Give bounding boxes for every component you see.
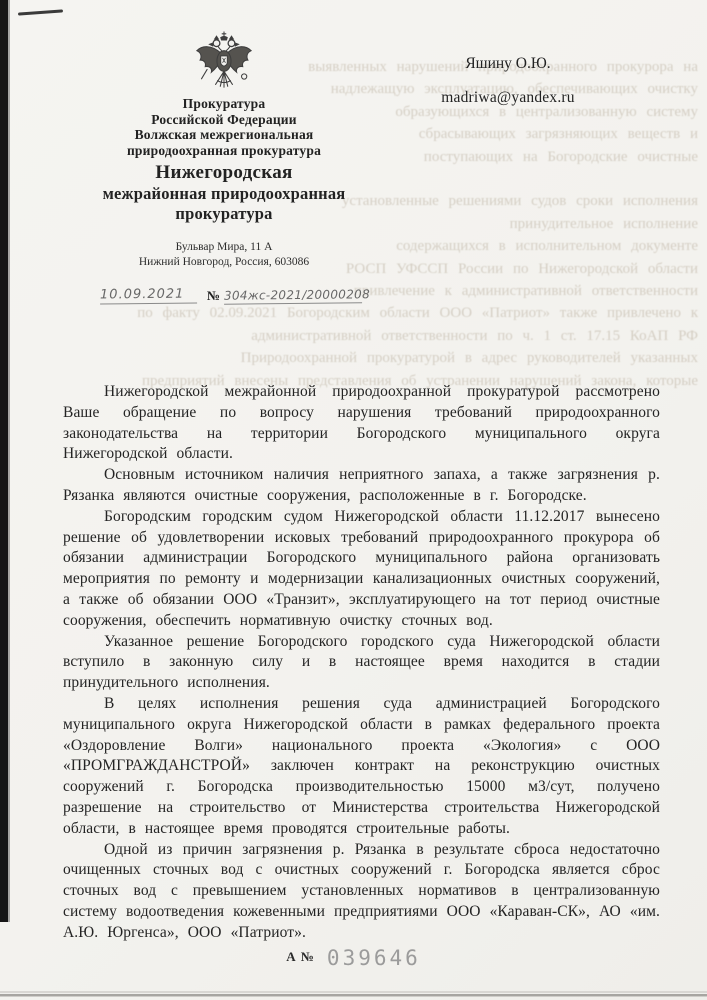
coat-of-arms-eagle-icon — [194, 30, 254, 92]
number-sign: № — [207, 288, 220, 304]
letterhead-org-name-line1: Нижегородская — [63, 161, 385, 184]
letterhead-org-line: Российской Федерации — [63, 112, 385, 128]
letterhead-address-line: Бульвар Мира, 11 А — [63, 240, 385, 255]
letterhead-org-line: Волжская межрегиональная — [63, 127, 385, 143]
letterhead-org-line: Прокуратура — [63, 96, 385, 112]
letterhead-address: Бульвар Мира, 11 АНижний Новгород, Росси… — [63, 240, 385, 270]
addressee-name: Яшину О.Ю. — [408, 54, 608, 73]
bleed-through-line: по факту 02.09.2021 Богородским области … — [86, 302, 698, 324]
letter-body: Нижегородской межрайонной природоохранно… — [63, 382, 660, 944]
letterhead-org-name-line3: прокуратура — [63, 204, 385, 224]
letterhead-address-line: Нижний Новгород, Россия, 603086 — [63, 255, 385, 270]
letterhead-org-name-line2: межрайонная природоохранная — [63, 184, 385, 204]
pen-mark — [18, 9, 63, 15]
letter-paragraph: Нижегородской межрайонной природоохранно… — [63, 382, 660, 465]
bleed-through-line: Природоохранной прокуратурой в адрес рук… — [86, 347, 698, 369]
page-bottom-seam — [0, 991, 707, 997]
scan-edge-strip — [0, 0, 8, 922]
bleed-through-line: административной ответственности по ч. 1… — [86, 325, 698, 347]
letter-paragraph: Основным источником наличия неприятного … — [63, 465, 660, 507]
addressee-email: madriwa@yandex.ru — [408, 88, 608, 107]
scanned-letter-page: выявленных нарушений природоохранного пр… — [0, 0, 707, 1000]
form-stamp: А № 039646 — [0, 946, 707, 970]
letter-paragraph: В целях исполнения решения суда админист… — [63, 694, 660, 840]
date-number-line: 10.09.2021 № 304жс-2021/20000208 — [63, 284, 385, 304]
letter-paragraph: Одной из причин загрязнения р. Рязанка в… — [63, 840, 660, 944]
form-series-label: А № — [286, 949, 315, 964]
letterhead: ПрокуратураРоссийской ФедерацииВолжская … — [63, 30, 385, 304]
form-number: 039646 — [327, 946, 421, 970]
letter-paragraph: Указанное решение Богородского городског… — [63, 632, 660, 694]
letterhead-org-line: природоохранная прокуратура — [63, 143, 385, 159]
handwritten-date: 10.09.2021 — [100, 286, 197, 304]
handwritten-doc-number: 304жс-2021/20000208 — [224, 287, 362, 304]
addressee-block: Яшину О.Ю. madriwa@yandex.ru — [408, 54, 608, 107]
letterhead-parent-org: ПрокуратураРоссийской ФедерацииВолжская … — [63, 96, 385, 158]
letter-paragraph: Богородским городским судом Нижегородско… — [63, 507, 660, 632]
